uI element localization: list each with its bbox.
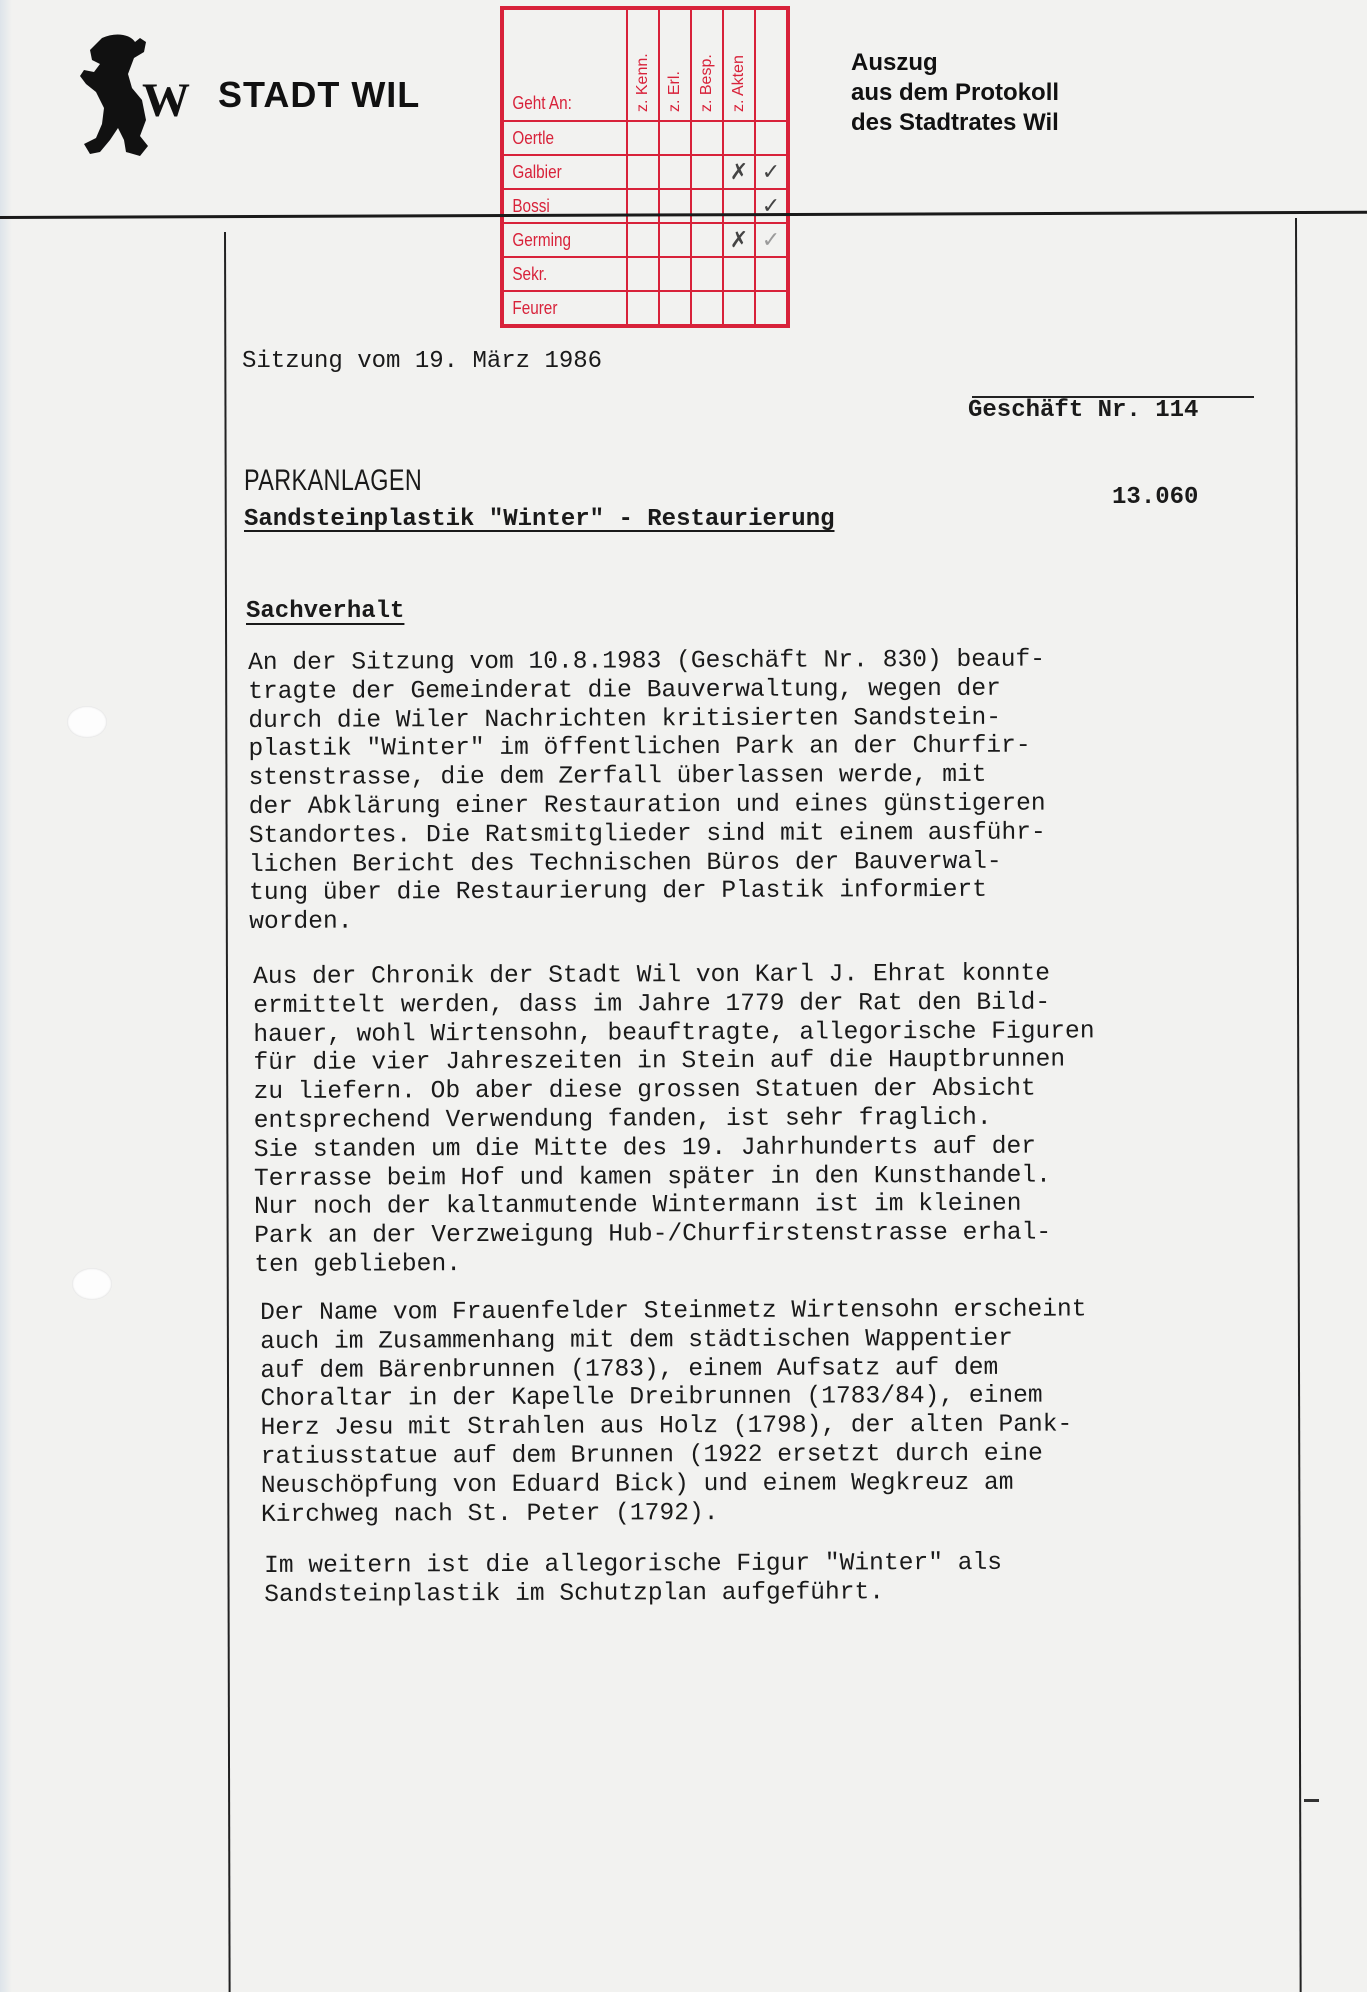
municipality-name: STADT WIL bbox=[218, 74, 420, 116]
stamp-column-label: z. Akten bbox=[730, 55, 748, 112]
distribution-stamp: Geht An: z. Kenn. z. Erl. z. Besp. z. Ak… bbox=[500, 6, 790, 328]
stamp-recipient-name: Bossi bbox=[503, 189, 608, 223]
check-mark-icon: ✓ bbox=[756, 224, 786, 256]
category-title: PARKANLAGEN bbox=[244, 464, 422, 498]
stamp-cell bbox=[659, 291, 691, 325]
stamp-recipient-name: Sekr. bbox=[503, 257, 608, 291]
stamp-cell bbox=[691, 257, 723, 291]
stamp-cell bbox=[659, 121, 691, 155]
stamp-cell bbox=[723, 189, 755, 223]
stamp-cell bbox=[627, 291, 659, 325]
paragraph: Aus der Chronik der Stadt Wil von Karl J… bbox=[253, 960, 1096, 1280]
stamp-column-label: z. Kenn. bbox=[634, 53, 652, 112]
check-mark-icon: ✓ bbox=[756, 190, 786, 222]
stamp-cell bbox=[755, 291, 787, 325]
stamp-cell bbox=[627, 121, 659, 155]
stamp-row: Feurer bbox=[503, 291, 787, 325]
document-type-line: des Stadtrates Wil bbox=[851, 108, 1059, 138]
stamp-recipient-name: Feurer bbox=[503, 291, 608, 325]
stamp-cell bbox=[659, 257, 691, 291]
stamp-column-label: z. Besp. bbox=[698, 54, 716, 112]
stamp-cell bbox=[755, 121, 787, 155]
stamp-row: Sekr. bbox=[503, 257, 787, 291]
punch-hole bbox=[72, 1268, 112, 1300]
stamp-cell bbox=[659, 189, 691, 223]
business-number-underline bbox=[972, 396, 1254, 398]
stamp-recipient-name: Oertle bbox=[503, 121, 608, 155]
scan-edge bbox=[0, 0, 12, 1992]
stamp-cell bbox=[627, 257, 659, 291]
business-number: Geschäft Nr. 114 13.060 bbox=[968, 338, 1198, 570]
stamp-cell bbox=[627, 223, 659, 257]
stamp-column-label: z. Erl. bbox=[666, 71, 684, 112]
stamp-cell bbox=[723, 291, 755, 325]
section-heading: Sachverhalt bbox=[246, 598, 404, 625]
stamp-cell bbox=[691, 189, 723, 223]
stamp-recipient-name: Galbier bbox=[503, 155, 608, 189]
right-margin-line bbox=[1295, 218, 1302, 1992]
cross-mark-icon: ✗ bbox=[724, 224, 754, 256]
stamp-cell: ✓ bbox=[755, 189, 787, 223]
stamp-header-row: Geht An: z. Kenn. z. Erl. z. Besp. z. Ak… bbox=[503, 9, 787, 121]
stamp-cell bbox=[659, 155, 691, 189]
check-mark-icon: ✓ bbox=[756, 156, 786, 188]
paragraph: Im weitern ist die allegorische Figur "W… bbox=[264, 1550, 1002, 1611]
stamp-recipient-name: Germing bbox=[503, 223, 608, 257]
stamp-cell bbox=[659, 223, 691, 257]
fold-mark bbox=[1304, 1799, 1319, 1802]
stamp-cell bbox=[691, 121, 723, 155]
stamp-header-label: Geht An: bbox=[503, 9, 608, 121]
bear-coat-of-arms-icon: W bbox=[60, 28, 190, 163]
svg-text:W: W bbox=[142, 74, 190, 127]
stamp-cell bbox=[627, 189, 659, 223]
stamp-cell bbox=[691, 291, 723, 325]
stamp-cell bbox=[755, 257, 787, 291]
stamp-cell: ✓ bbox=[755, 223, 787, 257]
file-number: 13.060 bbox=[968, 483, 1198, 512]
stamp-cell bbox=[691, 223, 723, 257]
stamp-cell: ✗ bbox=[723, 223, 755, 257]
stamp-cell bbox=[723, 257, 755, 291]
stamp-row: Germing✗✓ bbox=[503, 223, 787, 257]
document-type: Auszug aus dem Protokoll des Stadtrates … bbox=[851, 48, 1059, 138]
stamp-cell bbox=[627, 155, 659, 189]
cross-mark-icon: ✗ bbox=[724, 156, 754, 188]
stamp-cell: ✓ bbox=[755, 155, 787, 189]
document-type-line: Auszug bbox=[851, 48, 1059, 78]
business-number-line: Geschäft Nr. 114 bbox=[968, 396, 1198, 425]
stamp-cell bbox=[723, 121, 755, 155]
document-page: W STADT WIL Geht An: z. Kenn. z. Erl. z.… bbox=[0, 0, 1367, 1992]
stamp-row: Galbier✗✓ bbox=[503, 155, 787, 189]
paragraph: Der Name vom Frauenfelder Steinmetz Wirt… bbox=[260, 1296, 1087, 1530]
left-margin-line bbox=[224, 232, 231, 1992]
punch-hole bbox=[67, 706, 107, 738]
subject-title: Sandsteinplastik "Winter" - Restaurierun… bbox=[244, 506, 835, 533]
stamp-cell bbox=[691, 155, 723, 189]
paragraph: An der Sitzung vom 10.8.1983 (Geschäft N… bbox=[248, 647, 1046, 938]
document-type-line: aus dem Protokoll bbox=[851, 78, 1059, 108]
session-date: Sitzung vom 19. März 1986 bbox=[242, 348, 602, 375]
stamp-cell: ✗ bbox=[723, 155, 755, 189]
stamp-row: Oertle bbox=[503, 121, 787, 155]
stamp-row: Bossi✓ bbox=[503, 189, 787, 223]
